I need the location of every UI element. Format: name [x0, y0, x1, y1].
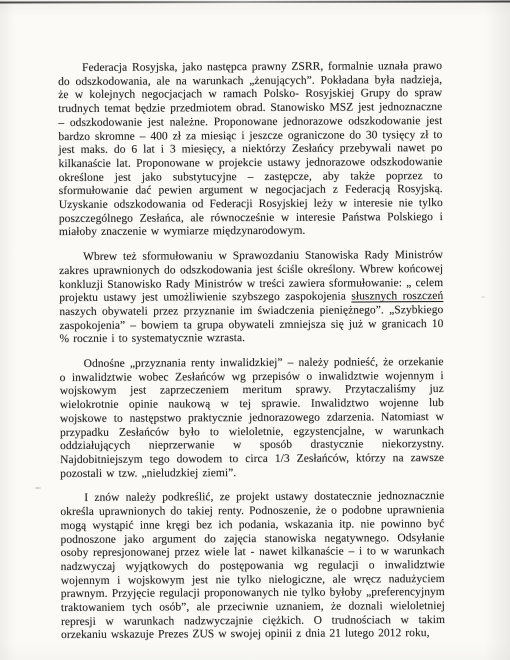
scanned-document-page: Federacja Rosyjska, jako następca prawny… [0, 0, 510, 660]
paragraph-2-text-after-underline: naszych obywateli przez przyznanie im św… [59, 304, 443, 345]
scan-smudge-left-margin [35, 487, 41, 489]
paragraph-council-of-ministers-position: Wbrew też sformułowaniu w Sprawozdaniu S… [59, 249, 443, 347]
scan-artifact-top-edge-line [0, 0, 510, 3]
underlined-phrase: słusznych roszczeń [351, 290, 443, 302]
paragraph-legal-argument-zus: I znów należy podkreślić, ze projekt ust… [60, 490, 445, 643]
document-text-block: Federacja Rosyjska, jako następca prawny… [58, 60, 445, 643]
paragraph-compensation-russia: Federacja Rosyjska, jako następca prawny… [58, 60, 443, 240]
scan-smudge-right-margin [481, 296, 485, 298]
paragraph-disability-pension: Odnośne „przyznania renty inwalidzkiej” … [60, 356, 445, 481]
